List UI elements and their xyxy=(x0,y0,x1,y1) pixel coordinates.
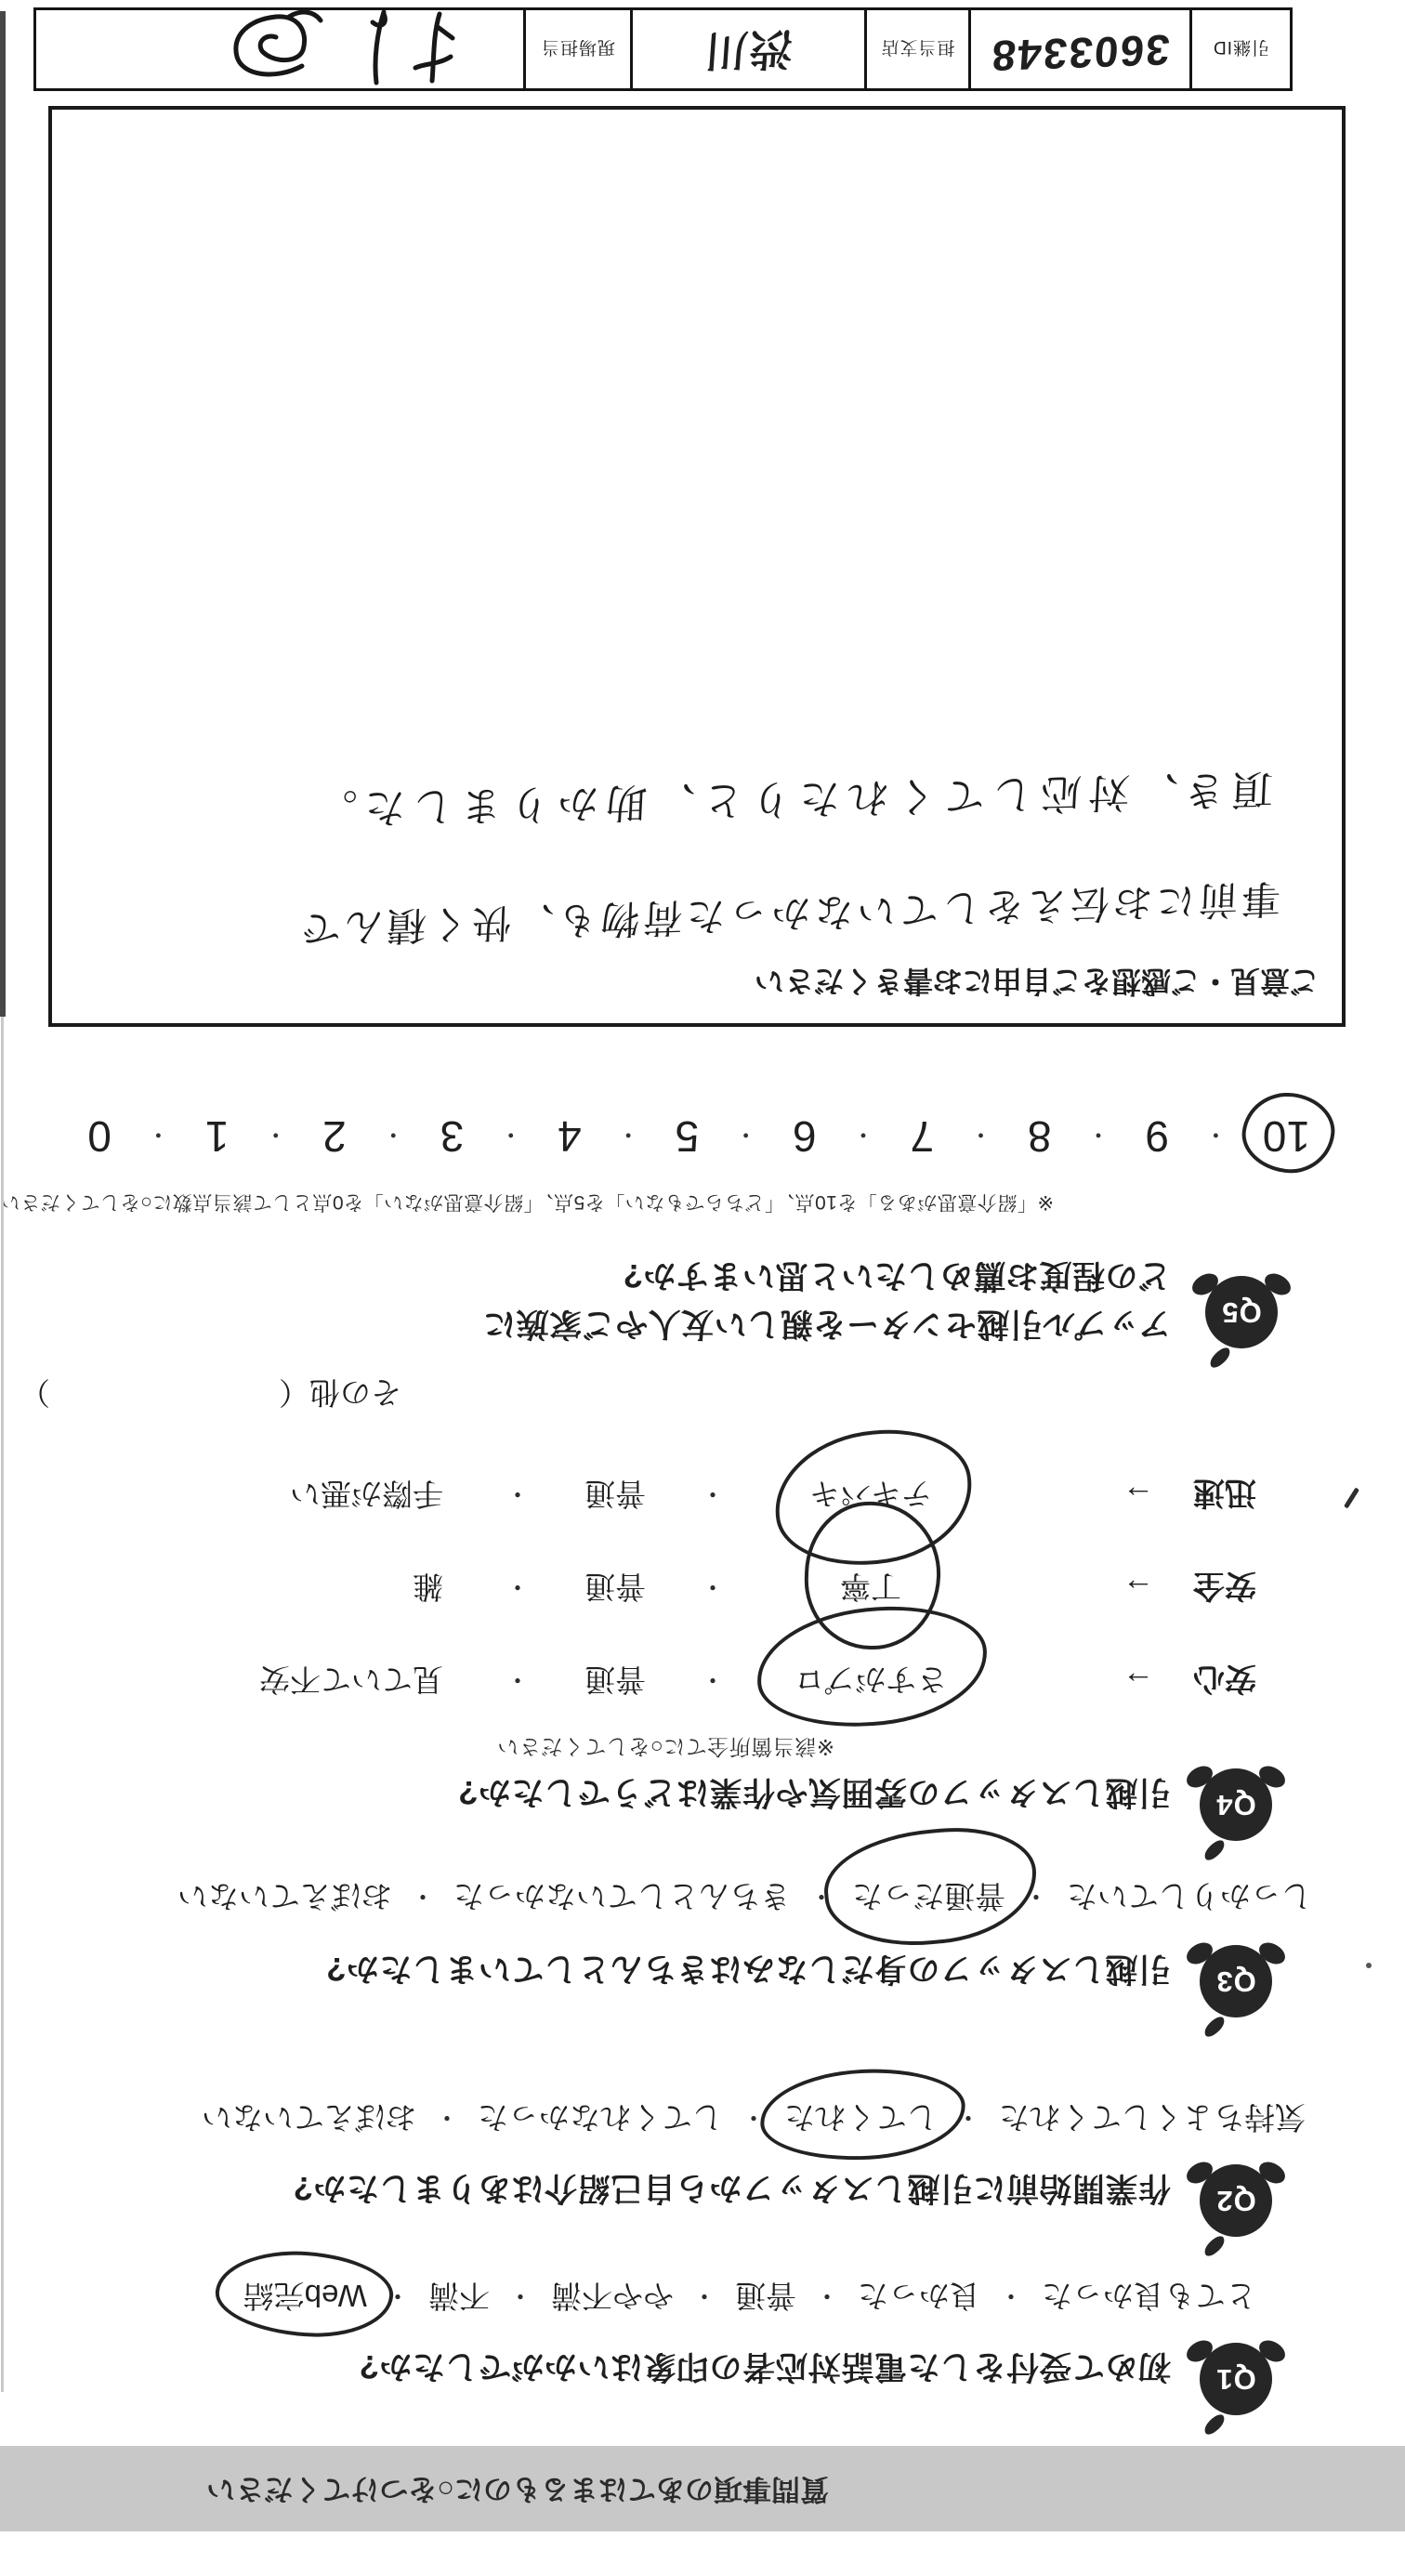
option-separator: ・ xyxy=(741,2101,767,2138)
q1-badge-mascot-icon: Q1 xyxy=(1195,2338,1277,2420)
option-separator: ・ xyxy=(505,1478,531,1515)
scale-separator: ・ xyxy=(264,1120,288,1154)
handover-id-value-handwritten: 3603348 xyxy=(968,10,1189,88)
q2-option: 気持ちよくしてくれた xyxy=(999,2097,1306,2141)
instruction-bar-text: 質問事項のあてはまるものに○をつけてください xyxy=(206,2446,829,2531)
instruction-bar: 質問事項のあてはまるものに○をつけてください xyxy=(0,2446,1405,2531)
site-staff-signature xyxy=(36,10,523,88)
q3-option-circled: 普通だった xyxy=(852,1879,1005,1913)
scale-separator: ・ xyxy=(146,1120,170,1154)
scale-separator: ・ xyxy=(616,1120,640,1154)
scale-value: 2 xyxy=(322,1111,347,1162)
option-separator: ・ xyxy=(998,2280,1024,2317)
q4-row-jinsoku: 迅速 → テキパキ ・ 普通 ・ 手際が悪い xyxy=(290,1473,1256,1518)
scale-value: 7 xyxy=(910,1111,934,1162)
question-q1: Q1 初めて受付をした電話対応者の印象はいかがでしたか? とても良かった ・ 良… xyxy=(0,2253,1405,2420)
handover-id-label: 引継ID xyxy=(1189,10,1290,88)
q1-option: 不満 xyxy=(428,2276,490,2320)
scale-separator: ・ xyxy=(851,1120,875,1154)
option-separator: ・ xyxy=(691,2280,717,2317)
q2-option-circled: してくれた xyxy=(784,2100,938,2135)
q4-badge-label: Q4 xyxy=(1215,1788,1255,1821)
scan-edge-artifact xyxy=(1,1017,4,2392)
q5-title-line2: どの程度お薦めしたいと思いますか? xyxy=(623,1255,1171,1301)
q3-option: しっかりしていた xyxy=(1067,1876,1312,1920)
question-q5: Q5 アップル引越センターを親しい友人やご家族に どの程度お薦めしたいと思います… xyxy=(0,1046,1405,1353)
branch-value-handwritten: 渋川 xyxy=(630,10,864,88)
q4-option-circled: さすがプロ xyxy=(794,1663,948,1697)
q4-note: ※該当箇所全てに○をしてください xyxy=(497,1733,834,1764)
q1-option: 良かった xyxy=(858,2276,980,2320)
q4-option: 見ていて不安 xyxy=(259,1663,443,1697)
option-separator: ・ xyxy=(700,1478,726,1515)
q2-badge-label: Q2 xyxy=(1215,2184,1255,2217)
q4-row-label: 安全 xyxy=(1154,1566,1256,1611)
q3-option: きちんとしていなかった xyxy=(453,1876,791,1920)
q4-option: 雑 xyxy=(413,1570,443,1604)
q4-row-label: 迅速 xyxy=(1154,1473,1256,1518)
scale-value: 1 xyxy=(205,1111,230,1162)
comment-box: ご意見・ご感想をご自由にお書きください 事前にお伝えをしていなかった荷物も、快く… xyxy=(48,106,1346,1027)
scale-value: 4 xyxy=(558,1111,582,1162)
option-separator: ・ xyxy=(505,1663,531,1701)
q1-options: とても良かった ・ 良かった ・ 普通 ・ やや不満 ・ 不満 ・ Web完結 xyxy=(243,2276,1256,2320)
option-separator: ・ xyxy=(410,1880,436,1917)
comment-box-header: ご意見・ご感想をご自由にお書きください xyxy=(755,962,1320,1005)
scale-separator: ・ xyxy=(381,1120,405,1154)
handwritten-signature-scribble xyxy=(179,10,486,88)
scale-value: 0 xyxy=(87,1111,112,1162)
option-separator: ・ xyxy=(1023,1880,1049,1917)
scale-value: 6 xyxy=(793,1111,817,1162)
q4-row-label: 安心 xyxy=(1154,1659,1256,1704)
scale-separator: ・ xyxy=(734,1120,758,1154)
option-separator: ・ xyxy=(434,2101,460,2138)
q3-title: 引越しスタッフの身だしなみはきちんとしていましたか? xyxy=(326,1948,1171,1994)
q4-option: 普通 xyxy=(584,1477,646,1511)
q4-option: 普通 xyxy=(584,1570,646,1604)
scale-separator: ・ xyxy=(1203,1120,1228,1154)
q4-title: 引越しスタッフの雰囲気や作業はどうでしたか? xyxy=(458,1771,1171,1818)
footer-table: 引継ID 3603348 担当支店 渋川 現場担当 xyxy=(33,7,1293,91)
q4-option: 普通 xyxy=(584,1663,646,1697)
handwritten-comment-line2: 頂き、対応してくれたりと、助かりました。 xyxy=(307,763,1274,843)
scale-value: 5 xyxy=(676,1111,700,1162)
q2-options: 気持ちよくしてくれた ・ してくれた ・ してくれなかった ・ おぼえていない xyxy=(202,2097,1306,2141)
q1-badge-label: Q1 xyxy=(1215,2362,1255,2396)
q1-option: やや不満 xyxy=(551,2276,674,2320)
handwritten-comment-line1: 事前にお伝えをしていなかった荷物も、快く積んで xyxy=(296,873,1281,959)
q5-badge-label: Q5 xyxy=(1221,1295,1261,1329)
branch-label: 担当支店 xyxy=(864,10,968,88)
q3-badge-mascot-icon: Q3 xyxy=(1195,1940,1277,2022)
question-q4: Q4 引越しスタッフの雰囲気や作業はどうでしたか? ※該当箇所全てに○をしてくだ… xyxy=(0,1325,1405,1846)
option-separator: ・ xyxy=(700,1663,726,1701)
q4-badge-mascot-icon: Q4 xyxy=(1195,1764,1277,1846)
q4-option-circled: テキパキ xyxy=(809,1477,932,1511)
q4-row-anzen: 安全 → 丁寧 ・ 普通 ・ 雑 xyxy=(413,1566,1256,1611)
question-q2: Q2 作業開始前に引越しスタッフから自己紹介はありましたか? 気持ちよくしてくれ… xyxy=(0,2074,1405,2241)
mascot-stem-leaf-icon xyxy=(1201,2412,1228,2437)
scale-separator: ・ xyxy=(968,1120,992,1154)
scale-separator: ・ xyxy=(499,1120,523,1154)
scale-value-circled: 10 xyxy=(1263,1112,1310,1161)
q5-title-line1: アップル引越センターを親しい友人やご家族に xyxy=(483,1303,1171,1349)
q1-option: 普通 xyxy=(735,2276,796,2320)
question-q3: Q3 引越しスタッフの身だしなみはきちんとしていましたか? しっかりしていた ・… xyxy=(0,1855,1405,2022)
q4-row-anshin: 安心 → さすがプロ ・ 普通 ・ 見ていて不安 xyxy=(259,1659,1256,1704)
arrow-icon: → xyxy=(1066,1571,1154,1607)
option-separator: ・ xyxy=(385,2280,411,2317)
scale-value: 8 xyxy=(1028,1111,1052,1162)
q2-option: してくれなかった xyxy=(478,2097,723,2141)
scanned-survey-screenshot: 質問事項のあてはまるものに○をつけてください Q1 初めて受付をした電話対応者の… xyxy=(0,0,1405,2576)
scale-value: 9 xyxy=(1145,1111,1169,1162)
mascot-stem-leaf-icon xyxy=(1201,2015,1228,2039)
option-separator: ・ xyxy=(808,1880,834,1917)
q3-options: しっかりしていた ・ 普通だった ・ きちんとしていなかった ・ おぼえていない xyxy=(177,1876,1312,1920)
survey-sheet-rotated: 質問事項のあてはまるものに○をつけてください Q1 初めて受付をした電話対応者の… xyxy=(0,0,1405,2576)
q1-option: とても良かった xyxy=(1042,2276,1256,2320)
option-separator: ・ xyxy=(814,2280,840,2317)
q4-other-close-paren: ） xyxy=(20,1373,50,1416)
option-separator: ・ xyxy=(955,2101,981,2138)
arrow-icon: → xyxy=(1066,1663,1154,1700)
q2-option: おぼえていない xyxy=(202,2097,416,2141)
q1-option-circled: Web完結 xyxy=(243,2279,367,2313)
q2-title: 作業開始前に引越しスタッフから自己紹介はありましたか? xyxy=(293,2167,1171,2214)
q3-option: おぼえていない xyxy=(177,1876,392,1920)
q4-other-label: その他（ xyxy=(279,1373,401,1416)
q5-scale-row: 10 ・ 9 ・ 8 ・ 7 ・ 6 ・ 5 ・ 4 ・ 3 ・ 2 ・ xyxy=(87,1111,1310,1162)
q4-option-circled: 丁寧 xyxy=(840,1570,901,1604)
q1-title: 初めて受付をした電話対応者の印象はいかがでしたか? xyxy=(359,2346,1171,2392)
q2-badge-mascot-icon: Q2 xyxy=(1195,2160,1277,2241)
scale-separator: ・ xyxy=(1086,1120,1110,1154)
q3-badge-label: Q3 xyxy=(1215,1965,1255,1998)
stray-scan-dot xyxy=(1366,1963,1372,1968)
arrow-icon: → xyxy=(1066,1478,1154,1514)
q4-option: 手際が悪い xyxy=(290,1477,443,1511)
q5-note: ※「紹介意思がある」を10点、「どちらでもない」を5点、「紹介意思がない」を0点… xyxy=(0,1189,1054,1217)
q5-badge-mascot-icon: Q5 xyxy=(1201,1271,1282,1353)
scale-value: 3 xyxy=(440,1111,465,1162)
scan-edge-artifact xyxy=(0,11,6,1017)
option-separator: ・ xyxy=(505,1571,531,1608)
site-staff-label: 現場担当 xyxy=(523,10,630,88)
option-separator: ・ xyxy=(700,1571,726,1608)
option-separator: ・ xyxy=(507,2280,533,2317)
